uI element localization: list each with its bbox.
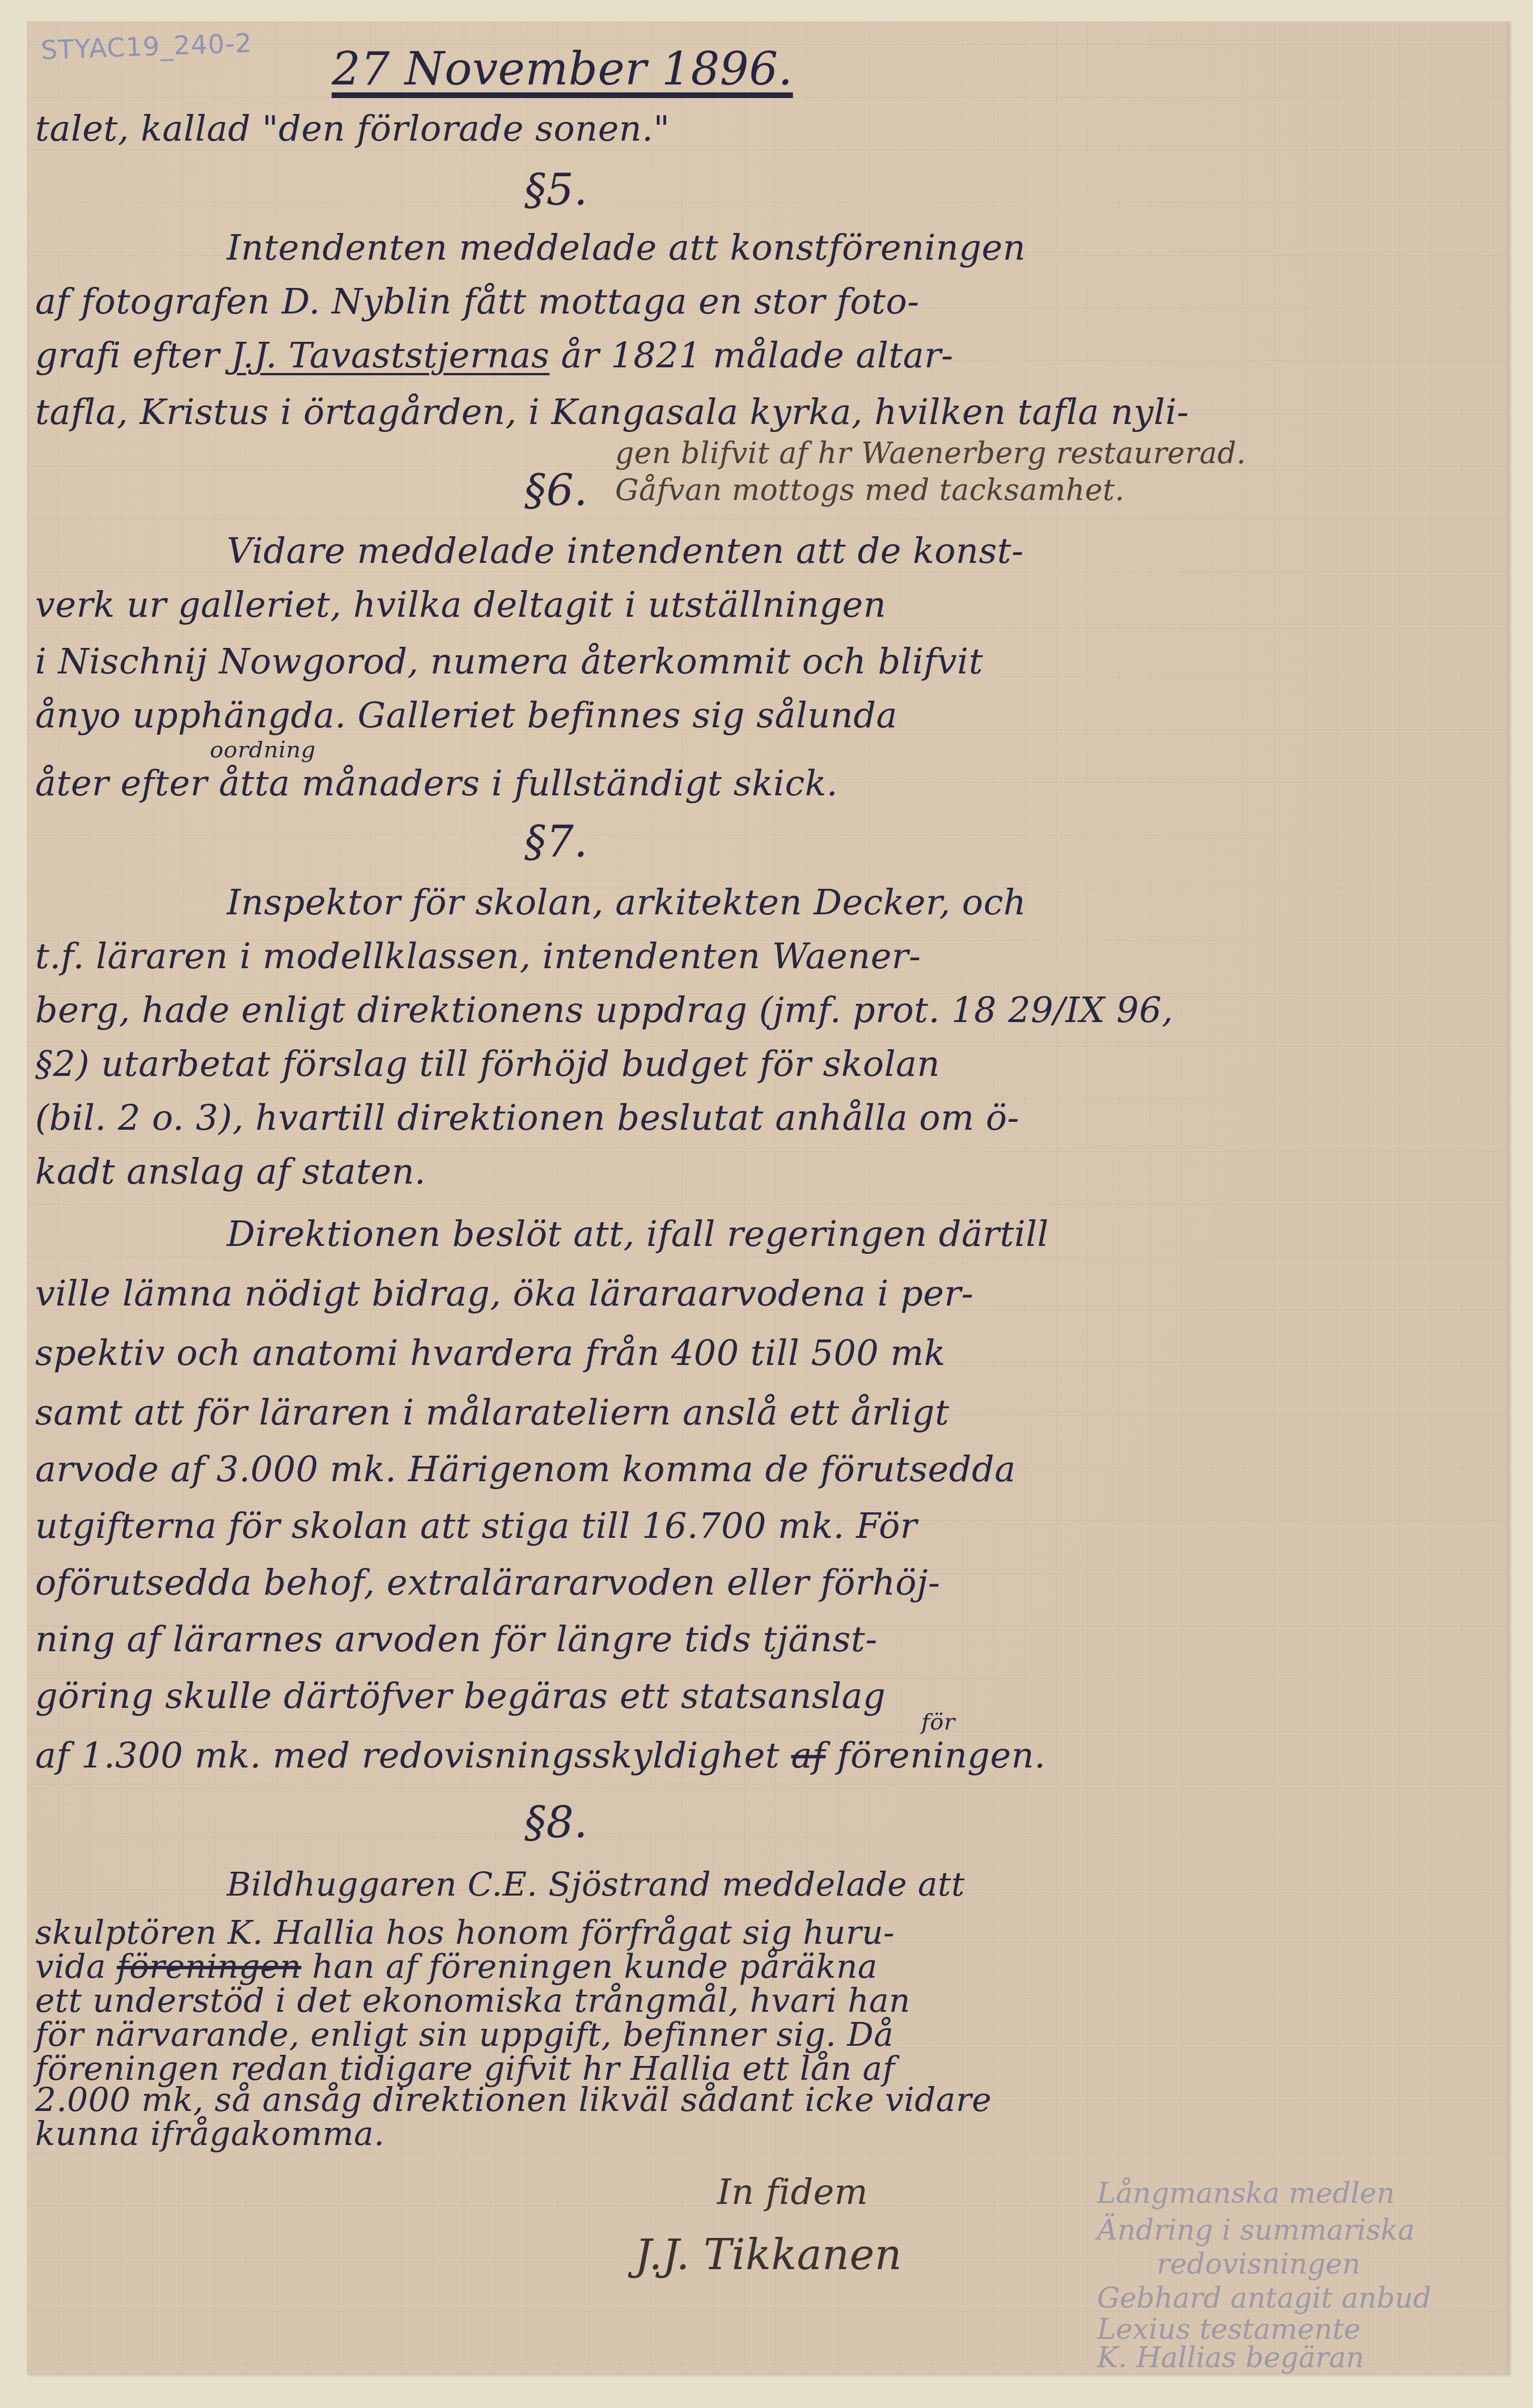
opening-line: talet, kallad "den förlorade sonen." [35,108,670,149]
section-7-heading: §7. [524,816,588,867]
section-7-p2-line: af 1.300 mk. med redovisningsskyldighet … [35,1735,1045,1776]
section-7-line: t.f. läraren i modellklassen, intendente… [35,935,921,977]
date-heading: 27 November 1896. [332,43,793,95]
signature: J.J. Tikkanen [635,2231,902,2279]
pencil-note-line: Gebhard antagit anbud [1097,2282,1431,2314]
section-7-p2-line: ville lämna nödigt bidrag, öka läraraarv… [35,1273,973,1314]
section-7-line: kadt anslag af staten. [35,1151,426,1192]
section-7-p2-line: Direktionen beslöt att, ifall regeringen… [227,1213,1049,1254]
struck-word: föreningen [117,1947,302,1986]
section-6-line: i Nischnij Nowgorod, numera återkommit o… [35,641,983,682]
section-7-line: §2) utarbetat förslag till förhöjd budge… [35,1043,940,1084]
section-7-line: berg, hade enligt direktionens uppdrag (… [35,989,1173,1031]
superscript-correction: för [921,1709,955,1735]
section-8-line: Bildhuggaren C.E. Sjöstrand meddelade at… [227,1865,965,1903]
section-5-line: af fotografen D. Nyblin fått mottaga en … [35,281,920,322]
section-8-line: ett understöd i det ekonomiska trångmål,… [35,1981,911,2020]
in-fidem: In fidem [717,2171,868,2212]
section-7-p2-line: utgifterna för skolan att stiga till 16.… [35,1505,917,1546]
section-8-line: 2.000 mk, så ansåg direktionen likväl så… [35,2080,992,2119]
section-5-heading: §5. [524,164,588,215]
section-8-heading: §8. [524,1797,588,1847]
section-8-line: för närvarande, enligt sin uppgift, befi… [35,2015,893,2054]
section-5-line: grafi efter J.J. Tavaststjernas år 1821 … [35,334,954,376]
pencil-note-line: redovisningen [1157,2248,1361,2280]
section-8-line: skulptören K. Hallia hos honom förfrågat… [35,1913,895,1952]
section-5-line: Intendenten meddelade att konstföreninge… [227,227,1026,268]
section-6-line: ånyo upphängda. Galleriet befinnes sig s… [35,694,897,736]
pencil-note-line: K. Hallias begäran [1097,2341,1364,2374]
section-6-heading: §6. [524,465,588,515]
underlined-name: J.J. Tavaststjernas [231,334,549,376]
section-6-inline-note: Gåfvan mottogs med tacksamhet. [615,473,1125,507]
section-5-line: tafla, Kristus i örtagården, i Kangasala… [35,391,1189,433]
pencil-note-line: Ändring i summariska [1097,2214,1415,2246]
section-6-line: Vidare meddelade intendenten att de kons… [227,530,1024,571]
section-7-p2-line: göring skulle därtöfver begäras ett stat… [35,1675,886,1716]
section-7-line: (bil. 2 o. 3), hvartill direktionen besl… [35,1097,1019,1138]
section-7-p2-line: spektiv och anatomi hvardera från 400 ti… [35,1332,946,1373]
section-5-line-insert: gen blifvit af hr Waenerberg restaurerad… [615,436,1246,470]
section-7-p2-line: samt att för läraren i målarateliern ans… [35,1392,949,1433]
section-7-line: Inspektor för skolan, arkitekten Decker,… [227,881,1026,923]
section-7-p2-line: ning af lärarnes arvoden för längre tids… [35,1618,878,1660]
section-6-line: åter efter åtta månaders i fullständigt … [35,762,838,804]
section-7-p2-line: arvode af 3.000 mk. Härigenom komma de f… [35,1448,1016,1490]
section-8-line: kunna ifrågakomma. [35,2114,384,2153]
section-8-line: vida föreningen han af föreningen kunde … [35,1947,878,1986]
section-6-line: verk ur galleriet, hvilka deltagit i uts… [35,584,886,625]
section-7-p2-line: oförutsedda behof, extralärararvoden ell… [35,1562,940,1603]
pencil-note-line: Långmanska medlen [1097,2177,1395,2210]
insertion-mark: oordning [210,737,316,763]
struck-word: af [791,1735,825,1776]
